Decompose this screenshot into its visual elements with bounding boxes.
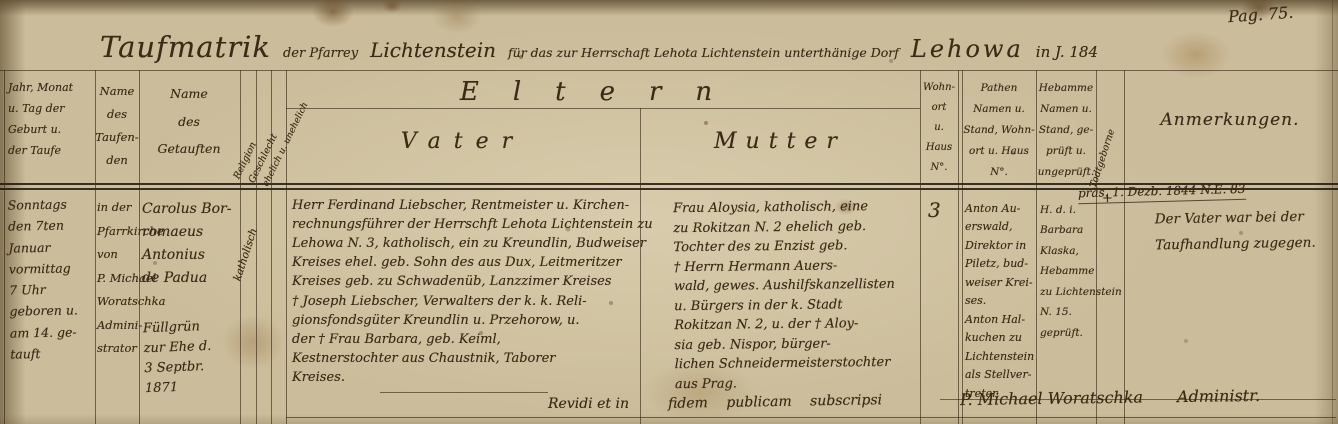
ruling-line xyxy=(286,417,1336,418)
column-header-midwife: Hebamme Namen u. Stand, ge- prüft u. ung… xyxy=(1037,78,1095,183)
ruling-line xyxy=(0,70,1338,71)
record-cell-date: Sonntags den 7ten Januar vormittag 7 Uhr… xyxy=(8,193,79,364)
ruling-line xyxy=(380,392,548,393)
record-cell-midwife: H. d. i. Barbara Klaska, Hebamme zu Lich… xyxy=(1040,200,1122,343)
record-cell-marriage-note: Füllgrün zur Ehe d. 3 Septbr. 1871 xyxy=(143,317,213,400)
signature: P. Michael Woratschka Administr. xyxy=(960,384,1260,411)
revision-note-left: Revidi et in xyxy=(548,394,629,414)
record-presentation-note: präs. 1. Dezb. 1844 N.E. 83 xyxy=(1078,181,1246,205)
paper-specks xyxy=(0,0,2,2)
register-page: Pag. 75. Taufmatrik der Pfarrey Lichtens… xyxy=(0,0,1338,424)
title-village-name: Lehowa xyxy=(911,32,1024,67)
page-number: Pag. 75. xyxy=(1227,1,1294,29)
column-header-parents: Eltern xyxy=(286,74,920,112)
signature-name: P. Michael Woratschka xyxy=(960,386,1143,412)
column-header-date: Jahr, Monat u. Tag der Geburt u. der Tau… xyxy=(8,78,92,162)
column-header-baptized: Name des Getauften xyxy=(140,80,238,163)
column-header-father: Vater xyxy=(286,126,640,158)
register-title: Taufmatrik der Pfarrey Lichtenstein für … xyxy=(100,26,1098,68)
column-header-residence: Wohn- ort u. Haus N°. xyxy=(920,78,958,178)
ruling-line xyxy=(286,70,287,424)
record-cell-godparents: Anton Au- erswald, Direktor in Piletz, b… xyxy=(965,200,1034,403)
signature-title: Administr. xyxy=(1177,384,1260,408)
record-cell-religion: katholisch xyxy=(231,227,262,284)
title-year: in J. 184 xyxy=(1036,42,1098,64)
record-cell-baptized-name: Carolus Bor- romaeus Antonius de Padua xyxy=(142,198,231,290)
column-header-remarks: Anmerkungen. xyxy=(1124,108,1336,133)
title-register-word: Taufmatrik xyxy=(100,26,271,68)
record-cell-father: Herr Ferdinand Liebscher, Rentmeister u.… xyxy=(292,196,653,387)
title-mid2: für das zur Herrschaft Lehota Lichtenste… xyxy=(508,44,899,62)
ruling-line xyxy=(4,70,5,424)
record-cell-remarks: Der Vater war bei der Taufhandlung zugeg… xyxy=(1155,205,1316,259)
title-mid1: der Pfarrey xyxy=(283,45,358,64)
column-header-godparents: Pathen Namen u. Stand, Wohn- ort u. Haus… xyxy=(963,78,1035,183)
ruling-line xyxy=(1332,0,1333,424)
ruling-line xyxy=(958,70,959,424)
record-cell-mother: Frau Aloysia, katholisch, eine zu Rokitz… xyxy=(673,197,896,394)
column-header-mother: Mutter xyxy=(640,126,920,158)
revision-note-right: fidem publicam subscripsi xyxy=(668,390,882,414)
title-parish-name: Lichtenstein xyxy=(370,36,496,65)
record-cell-residence-no: 3 xyxy=(928,196,941,225)
column-header-baptizer: Name des Taufen- den xyxy=(94,80,140,172)
ruling-line xyxy=(271,70,272,424)
